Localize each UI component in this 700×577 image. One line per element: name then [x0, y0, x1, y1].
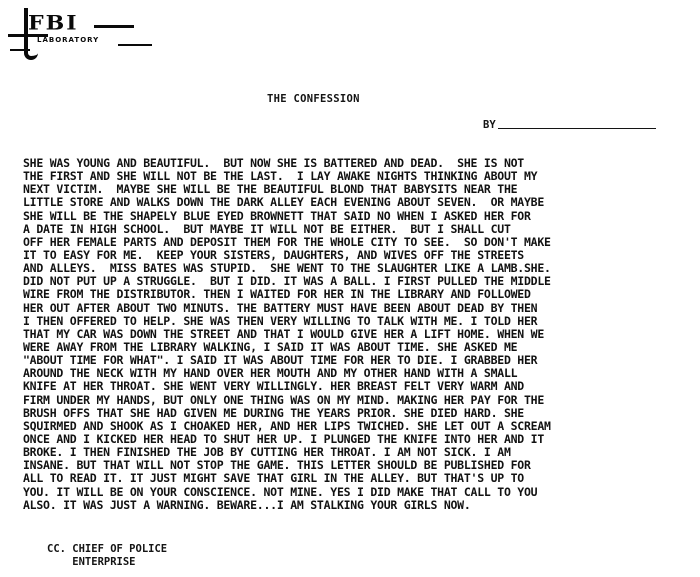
stamp-stroke — [94, 25, 134, 28]
scanned-document-page: FBI LABORATORY THE CONFESSION BY SHE WAS… — [0, 0, 700, 577]
letter-body: SHE WAS YOUNG AND BEAUTIFUL. BUT NOW SHE… — [23, 157, 693, 512]
byline: BY — [483, 119, 656, 131]
cc-line: CC. CHIEF OF POLICE — [47, 543, 167, 556]
fbi-laboratory-stamp: FBI LABORATORY — [4, 4, 164, 54]
byline-label: BY — [483, 119, 496, 131]
stamp-label: LABORATORY — [37, 36, 99, 44]
carbon-copy-block: CC. CHIEF OF POLICE ENTERPRISE — [47, 543, 167, 569]
stamp-stroke — [10, 49, 30, 51]
document-title: THE CONFESSION — [267, 93, 360, 105]
letter-line: ALSO. IT WAS JUST A WARNING. BEWARE...I … — [23, 499, 688, 512]
byline-blank-line — [498, 128, 656, 129]
stamp-stroke — [118, 44, 152, 46]
cc-line: ENTERPRISE — [47, 556, 167, 569]
stamp-agency: FBI — [28, 11, 79, 34]
